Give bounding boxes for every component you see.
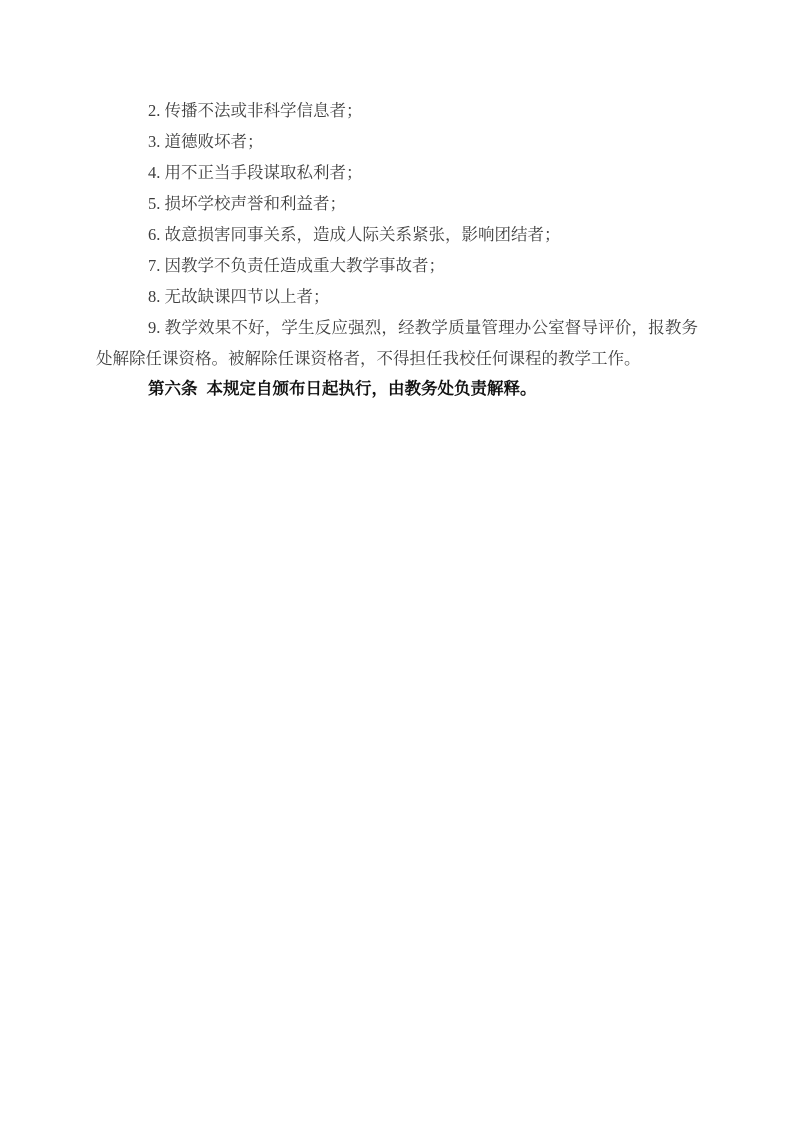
rule-item-5: 5. 损坏学校声誉和利益者； xyxy=(96,188,698,219)
clause-number: 第六条 xyxy=(148,380,198,398)
closing-clause: 第六条本规定自颁布日起执行，由教务处负责解释。 xyxy=(96,374,698,405)
rule-item-7: 7. 因教学不负责任造成重大教学事故者； xyxy=(96,250,698,281)
rule-item-3: 3. 道德败坏者； xyxy=(96,126,698,157)
clause-text: 本规定自颁布日起执行，由教务处负责解释。 xyxy=(207,380,537,398)
rule-item-9: 9. 教学效果不好，学生反应强烈，经教学质量管理办公室督导评价，报教务处解除任课… xyxy=(96,312,698,374)
rule-item-8: 8. 无故缺课四节以上者； xyxy=(96,281,698,312)
document-page: 2. 传播不法或非科学信息者； 3. 道德败坏者； 4. 用不正当手段谋取私利者… xyxy=(0,0,794,1123)
rule-item-2: 2. 传播不法或非科学信息者； xyxy=(96,95,698,126)
rule-item-4: 4. 用不正当手段谋取私利者； xyxy=(96,157,698,188)
rule-item-6: 6. 故意损害同事关系，造成人际关系紧张，影响团结者； xyxy=(96,219,698,250)
document-body: 2. 传播不法或非科学信息者； 3. 道德败坏者； 4. 用不正当手段谋取私利者… xyxy=(96,95,698,405)
